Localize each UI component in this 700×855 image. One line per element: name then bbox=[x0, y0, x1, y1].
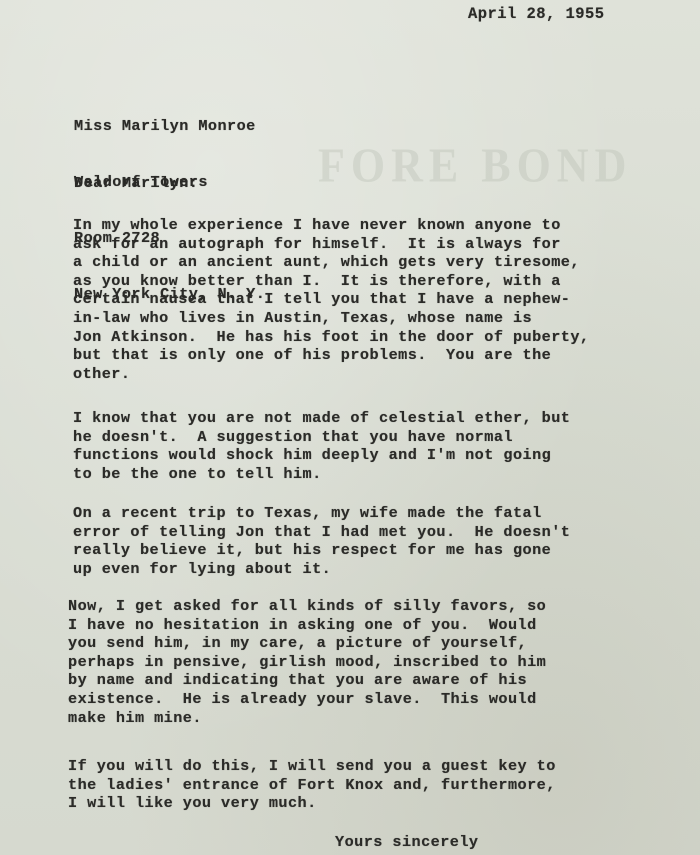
letter-page: FORE BOND April 28, 1955 Miss Marilyn Mo… bbox=[0, 0, 700, 855]
salutation: Dear Marilyn: bbox=[74, 174, 198, 193]
paragraph-line: the ladies' entrance of Fort Knox and, f… bbox=[68, 776, 556, 795]
paragraph-line: I will like you very much. bbox=[68, 794, 556, 813]
paragraph-line: Jon Atkinson. He has his foot in the doo… bbox=[73, 328, 589, 347]
paragraph-line: In my whole experience I have never know… bbox=[73, 216, 589, 235]
closing: Yours sincerely bbox=[335, 833, 478, 852]
paper-watermark: FORE BOND bbox=[318, 137, 632, 193]
paragraph-line: by name and indicating that you are awar… bbox=[68, 671, 546, 690]
paragraph-2: I know that you are not made of celestia… bbox=[73, 409, 570, 483]
paragraph-line: perhaps in pensive, girlish mood, inscri… bbox=[68, 653, 546, 672]
paragraph-3: On a recent trip to Texas, my wife made … bbox=[73, 504, 570, 578]
paragraph-line: you send him, in my care, a picture of y… bbox=[68, 634, 546, 653]
paragraph-line: he doesn't. A suggestion that you have n… bbox=[73, 428, 570, 447]
paragraph-line: I know that you are not made of celestia… bbox=[73, 409, 570, 428]
paragraph-5: If you will do this, I will send you a g… bbox=[68, 757, 556, 813]
paragraph-line: up even for lying about it. bbox=[73, 560, 570, 579]
letter-date: April 28, 1955 bbox=[468, 5, 605, 24]
paragraph-line: On a recent trip to Texas, my wife made … bbox=[73, 504, 570, 523]
paragraph-line: a child or an ancient aunt, which gets v… bbox=[73, 253, 589, 272]
paragraph-line: error of telling Jon that I had met you.… bbox=[73, 523, 570, 542]
paragraph-line: as you know better than I. It is therefo… bbox=[73, 272, 589, 291]
paragraph-4: Now, I get asked for all kinds of silly … bbox=[68, 597, 546, 727]
paragraph-line: to be the one to tell him. bbox=[73, 465, 570, 484]
paragraph-line: but that is only one of his problems. Yo… bbox=[73, 346, 589, 365]
paragraph-1: In my whole experience I have never know… bbox=[73, 216, 589, 383]
paragraph-line: other. bbox=[73, 365, 589, 384]
paragraph-line: really believe it, but his respect for m… bbox=[73, 541, 570, 560]
paragraph-line: existence. He is already your slave. Thi… bbox=[68, 690, 546, 709]
paragraph-line: ask for an autograph for himself. It is … bbox=[73, 235, 589, 254]
paragraph-line: I have no hesitation in asking one of yo… bbox=[68, 616, 546, 635]
paragraph-line: functions would shock him deeply and I'm… bbox=[73, 446, 570, 465]
paragraph-line: Now, I get asked for all kinds of silly … bbox=[68, 597, 546, 616]
address-line-name: Miss Marilyn Monroe bbox=[74, 117, 265, 136]
paragraph-line: If you will do this, I will send you a g… bbox=[68, 757, 556, 776]
paragraph-line: in-law who lives in Austin, Texas, whose… bbox=[73, 309, 589, 328]
paragraph-line: certain nausea that I tell you that I ha… bbox=[73, 290, 589, 309]
paragraph-line: make him mine. bbox=[68, 709, 546, 728]
